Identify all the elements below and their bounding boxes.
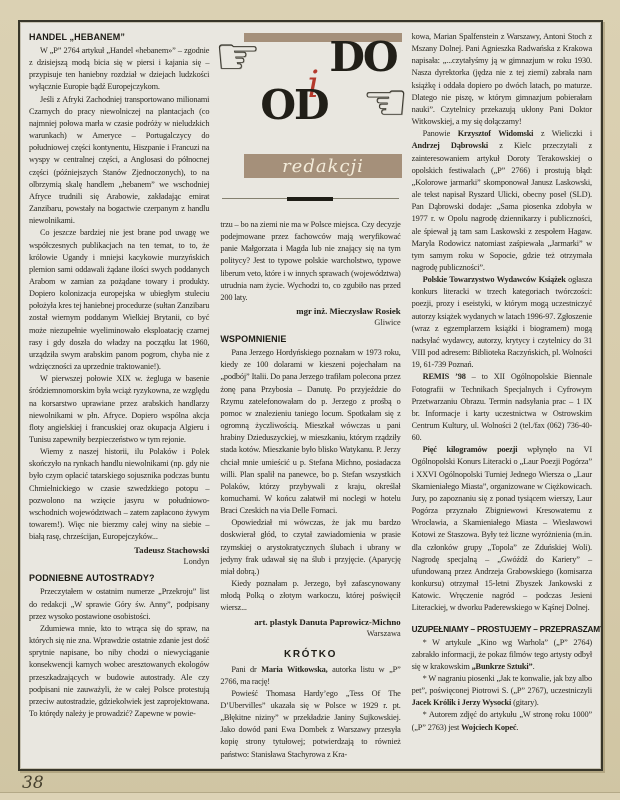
masthead-word-do: DO: [329, 37, 396, 78]
section-heading: PODNIEBNE AUTOSTRADY?: [29, 573, 209, 583]
signature-place: Warszawa: [220, 628, 400, 639]
paragraph: Przeczytałem w ostatnim numerze „Przekro…: [29, 586, 209, 622]
signature-place: Gliwice: [220, 317, 400, 328]
section-heading: KRÓTKO: [220, 649, 400, 660]
signature-name: mgr inż. Mieczysław Rosiek: [220, 305, 400, 317]
body-text: ogłasza konkurs literacki w trzech kateg…: [412, 275, 592, 369]
bold-text: Jacek Królik i Jerzy Wysocki: [412, 698, 512, 707]
column-1: HANDEL „HEBANEM”W „P” 2764 artykuł „Hand…: [29, 31, 209, 763]
body-text: Kiedy poznałam p. Jerzego, był zafascyno…: [220, 579, 400, 612]
body-text: Pana Jerzego Hordyńskiego poznałam w 197…: [220, 348, 400, 515]
paragraph: W pierwszej połowie XIX w. żegluga w bas…: [29, 373, 209, 446]
paragraph: Wiemy z naszej historii, ilu Polaków i P…: [29, 446, 209, 543]
paragraph: Panowie Krzysztof Widomski z Wieliczki i…: [412, 128, 592, 274]
paragraph: Opowiedział mi wówczas, że jak mu bardzo…: [220, 517, 400, 578]
paragraph: Jeśli z Afryki Zachodniej transportowano…: [29, 94, 209, 228]
paragraph: Polskie Towarzystwo Wydawców Książek ogł…: [412, 274, 592, 371]
bold-text: Polskie Towarzystwo Wydawców Książek: [423, 275, 566, 284]
scanned-magazine-page: { "page": { "number": "38" }, "masthead"…: [0, 0, 620, 800]
bold-text: Pięć kilogramów poezji: [423, 445, 518, 454]
body-text: (gitary).: [511, 698, 539, 707]
paragraph: Pana Jerzego Hordyńskiego poznałam w 197…: [220, 347, 400, 517]
body-text: W „P” 2764 artykuł „Handel «hebanem»” – …: [29, 46, 209, 91]
column-2: ☞ DO i OD ☜ redakcji trzu – bo na ziemi …: [220, 31, 400, 763]
column-3: kowa, Marian Spalfenstein z Warszawy, An…: [412, 31, 592, 763]
signature-name: art. plastyk Danuta Paprowicz-Michno: [220, 616, 400, 628]
column-2-body: trzu – bo na ziemi nie ma w Polsce miejs…: [220, 219, 400, 761]
paragraph: kowa, Marian Spalfenstein z Warszawy, An…: [412, 31, 592, 128]
divider-tick: [287, 197, 333, 201]
body-text: Panowie: [423, 129, 458, 138]
body-text: W pierwszej połowie XIX w. żegluga w bas…: [29, 374, 209, 444]
masthead-divider: [222, 198, 398, 199]
paragraph: W „P” 2764 artykuł „Handel «hebanem»” – …: [29, 45, 209, 94]
signature: Tadeusz StachowskiLondyn: [29, 544, 209, 567]
bold-text: Andrzej Dąbrowski: [412, 141, 488, 150]
paragraph: * W artykule „Kino wg Warhola” („P” 2764…: [412, 637, 592, 673]
body-text: Przeczytałem w ostatnim numerze „Przekro…: [29, 587, 209, 620]
bold-text: Krzysztof Widomski: [458, 129, 534, 138]
paragraph: trzu – bo na ziemi nie ma w Polsce miejs…: [220, 219, 400, 304]
paragraph: Pięć kilogramów poezji wpłynęło na VI Og…: [412, 444, 592, 614]
body-text: – to XII Ogólnopolskie Biennale Fotograf…: [412, 372, 592, 442]
signature-name: Tadeusz Stachowski: [29, 544, 209, 556]
paragraph: Co jeszcze bardziej nie jest brane pod u…: [29, 227, 209, 373]
body-text: Powieść Thomasa Hardy’ego „Tess Of The D…: [220, 689, 400, 759]
body-text: Wiemy z naszej historii, ilu Polaków i P…: [29, 447, 209, 541]
paragraph: Kiedy poznałam p. Jerzego, był zafascyno…: [220, 578, 400, 614]
body-text: .: [533, 662, 535, 671]
columns-container: HANDEL „HEBANEM”W „P” 2764 artykuł „Hand…: [29, 31, 592, 763]
signature: art. plastyk Danuta Paprowicz-MichnoWars…: [220, 616, 400, 639]
body-text: Pani dr: [231, 665, 261, 674]
paragraph: Zdumiewa mnie, kto to wtrąca się do spra…: [29, 623, 209, 720]
pointing-hand-left-icon: ☜: [362, 77, 409, 129]
bold-text: Maria Witkowska,: [261, 665, 327, 674]
masthead: ☞ DO i OD ☜ redakcji: [220, 33, 400, 183]
section-heading: UZUPEŁNIAMY – PROSTUJEMY – PRZEPRASZAMY: [412, 625, 592, 634]
body-text: z Kielc przeczytali z zainteresowaniem a…: [412, 141, 592, 272]
page-number: 38: [22, 773, 44, 793]
scan-bottom-seam: [0, 792, 620, 800]
body-text: Zdumiewa mnie, kto to wtrąca się do spra…: [29, 624, 209, 718]
paragraph: * Autorem zdjęć do artykułu „W stronę ro…: [412, 709, 592, 733]
body-text: trzu – bo na ziemi nie ma w Polsce miejs…: [220, 220, 400, 302]
body-text: z Wieliczki i: [533, 129, 592, 138]
signature: mgr inż. Mieczysław RosiekGliwice: [220, 305, 400, 328]
masthead-redakcji-bar: redakcji: [244, 154, 401, 178]
body-text: wpłynęło na VI Ogólnopolski Konurs Liter…: [412, 445, 592, 612]
page-frame: HANDEL „HEBANEM”W „P” 2764 artykuł „Hand…: [18, 20, 603, 771]
section-heading: HANDEL „HEBANEM”: [29, 32, 209, 42]
body-text: Jeśli z Afryki Zachodniej transportowano…: [29, 95, 209, 226]
pointing-hand-right-icon: ☞: [214, 31, 261, 83]
signature-place: Londyn: [29, 556, 209, 567]
body-text: Co jeszcze bardziej nie jest brane pod u…: [29, 228, 209, 371]
body-text: * W nagraniu piosenki „Jak te konwalie, …: [412, 674, 592, 695]
bold-text: REMIS ’98: [423, 372, 466, 381]
masthead-word-od: OD: [260, 85, 327, 126]
paragraph: REMIS ’98 – to XII Ogólnopolskie Biennal…: [412, 371, 592, 444]
paragraph: Powieść Thomasa Hardy’ego „Tess Of The D…: [220, 688, 400, 761]
body-text: .: [516, 723, 518, 732]
bold-text: „Bunkrze Sztuki”: [472, 662, 533, 671]
body-text: Opowiedział mi wówczas, że jak mu bardzo…: [220, 518, 400, 576]
bold-text: Wojciech Kopeć: [461, 723, 516, 732]
paragraph: Pani dr Maria Witkowska, autorka listu w…: [220, 664, 400, 688]
body-text: kowa, Marian Spalfenstein z Warszawy, An…: [412, 32, 592, 126]
section-heading: WSPOMNIENIE: [220, 334, 400, 344]
masthead-word-redakcji: redakcji: [282, 156, 364, 177]
paragraph: * W nagraniu piosenki „Jak te konwalie, …: [412, 673, 592, 709]
